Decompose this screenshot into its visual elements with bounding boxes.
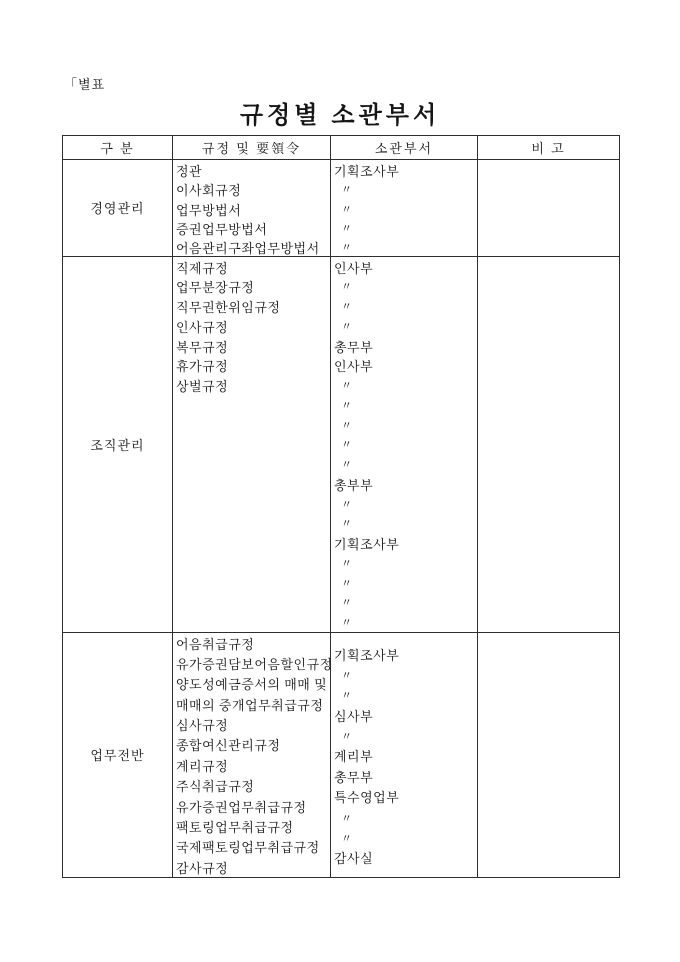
table-header-row: 구 분 규정 및 要領令 소관부서 비 고 [63,136,619,160]
regulation-line: 양도성예금증서의 매매 및 [176,675,330,695]
department-line: 심사부 [334,707,477,727]
regulation-line: 직제규정 [176,259,330,279]
section-organization: 조직관리 직제규정업무분장규정직무권한위임규정인사규정복무규정휴가규정상벌규정 … [63,257,619,633]
departments-cell: 기획조사부〃〃심사부〃계리부총무부특수영업부〃〃감사실 [331,633,478,878]
regulations-cell: 어음취급규정유가증권담보어음할인규정양도성예금증서의 매매 및매매의 중개업무취… [173,633,331,878]
regulations-cell: 직제규정업무분장규정직무권한위임규정인사규정복무규정휴가규정상벌규정 [173,257,331,632]
regulation-line: 이사회규정 [176,181,330,200]
ditto-mark: 〃 [334,575,477,595]
regulation-line: 심사규정 [176,716,330,736]
department-line: 총무부 [334,768,477,788]
regulation-line: 감사규정 [176,859,330,877]
regulation-line: 업무방법서 [176,201,330,220]
document-page: 「별표 규정별 소관부서 구 분 규정 및 要領令 소관부서 비 고 경영관리 … [0,0,680,962]
regulation-line: 직무권한위임규정 [176,298,330,318]
regulation-line: 유가증권담보어음할인규정 [176,655,330,675]
ditto-mark: 〃 [334,201,477,220]
department-line: 기획조사부 [334,162,477,181]
ditto-mark: 〃 [334,829,477,849]
regulation-line: 어음취급규정 [176,635,330,655]
header-regulation: 규정 및 要領令 [173,136,331,159]
regulation-line: 주식취급규정 [176,777,330,797]
header-remark: 비 고 [478,136,619,159]
regulation-line: 인사규정 [176,318,330,338]
header-department: 소관부서 [331,136,478,159]
category-cell: 경영관리 [63,160,173,256]
department-line: 인사부 [334,357,477,377]
department-line: 기획조사부 [334,535,477,555]
ditto-mark: 〃 [334,181,477,200]
ditto-mark: 〃 [334,239,477,255]
regulations-table: 구 분 규정 및 要領令 소관부서 비 고 경영관리 정관이사회규정업무방법서증… [62,135,620,878]
regulation-line: 상벌규정 [176,377,330,397]
regulation-line: 유가증권업무취급규정 [176,798,330,818]
remark-cell [478,160,619,256]
ditto-mark: 〃 [334,555,477,575]
remark-cell [478,257,619,632]
regulation-line: 매매의 중개업무취급규정 [176,696,330,716]
departments-cell: 인사부〃〃〃총무부인사부〃〃〃〃〃총부부〃〃기획조사부〃〃〃〃 [331,257,478,632]
ditto-mark: 〃 [334,318,477,338]
regulation-line: 정관 [176,162,330,181]
ditto-mark: 〃 [334,666,477,686]
ditto-mark: 〃 [334,727,477,747]
regulation-line: 증권업무방법서 [176,220,330,239]
ditto-mark: 〃 [334,614,477,632]
regulation-line: 팩토링업무취급규정 [176,818,330,838]
section-business-general: 업무전반 어음취급규정유가증권담보어음할인규정양도성예금증서의 매매 및매매의 … [63,633,619,878]
ditto-mark: 〃 [334,377,477,397]
ditto-mark: 〃 [334,809,477,829]
departments-cell: 기획조사부〃〃〃〃 [331,160,478,256]
regulation-line: 종합여신관리규정 [176,736,330,756]
ditto-mark: 〃 [334,515,477,535]
regulation-line: 어음관리구좌업무방법서 [176,239,330,255]
header-category: 구 분 [63,136,173,159]
section-management: 경영관리 정관이사회규정업무방법서증권업무방법서어음관리구좌업무방법서 기획조사… [63,160,619,257]
department-line: 기획조사부 [334,646,477,666]
department-line: 계리부 [334,747,477,767]
ditto-mark: 〃 [334,397,477,417]
ditto-mark: 〃 [334,220,477,239]
category-cell: 조직관리 [63,257,173,632]
remark-cell [478,633,619,878]
ditto-mark: 〃 [334,278,477,298]
department-line: 특수영업부 [334,788,477,808]
page-title: 규정별 소관부서 [0,95,680,130]
regulation-line: 계리규정 [176,757,330,777]
ditto-mark: 〃 [334,417,477,437]
regulation-line: 국제팩토링업무취급규정 [176,838,330,858]
category-cell: 업무전반 [63,633,173,878]
regulation-line: 휴가규정 [176,357,330,377]
regulations-cell: 정관이사회규정업무방법서증권업무방법서어음관리구좌업무방법서 [173,160,331,256]
department-line: 인사부 [334,259,477,279]
ditto-mark: 〃 [334,594,477,614]
ditto-mark: 〃 [334,436,477,456]
regulation-line: 복무규정 [176,338,330,358]
appendix-label: 「별표 [64,74,105,93]
ditto-mark: 〃 [334,298,477,318]
ditto-mark: 〃 [334,686,477,706]
regulation-line: 업무분장규정 [176,278,330,298]
department-line: 감사실 [334,849,477,869]
department-line: 총부부 [334,476,477,496]
department-line: 총무부 [334,338,477,358]
ditto-mark: 〃 [334,456,477,476]
ditto-mark: 〃 [334,496,477,516]
